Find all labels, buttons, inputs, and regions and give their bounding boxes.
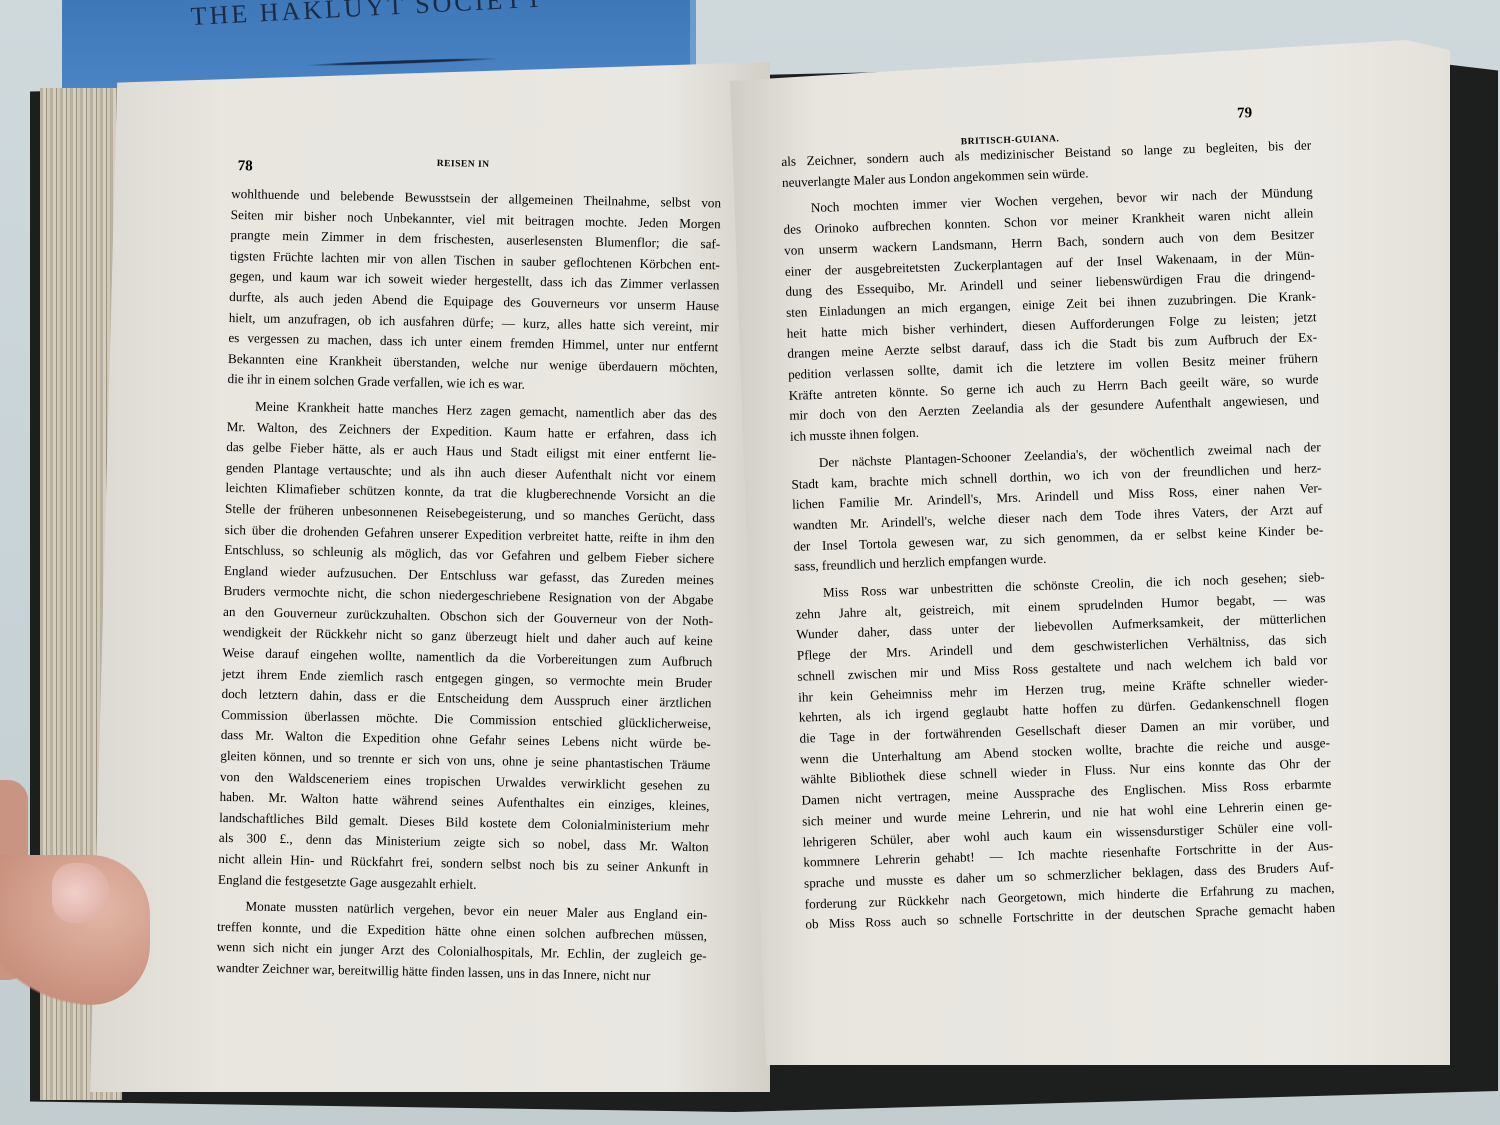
left-body: wohlthuende und belebende Bewusstsein de… xyxy=(216,184,721,988)
page-number: 79 xyxy=(1237,103,1253,124)
running-head: BRITISCH-GUIANA. xyxy=(961,129,1060,153)
running-head: REISEN IN xyxy=(437,154,490,176)
thumbnail xyxy=(52,863,110,923)
thumb xyxy=(0,855,150,1005)
right-page-text: BRITISCH-GUIANA. 79 als Zeichner, sonder… xyxy=(780,101,1335,935)
left-page-text: 78 REISEN IN wohlthuende und belebende B… xyxy=(216,150,722,988)
right-body: als Zeichner, sondern auch als medizinis… xyxy=(781,135,1335,935)
hakluyt-title: THE HAKLUYT SOCIETY xyxy=(190,0,547,32)
page-number: 78 xyxy=(237,156,252,177)
ornament-rule xyxy=(302,57,502,68)
